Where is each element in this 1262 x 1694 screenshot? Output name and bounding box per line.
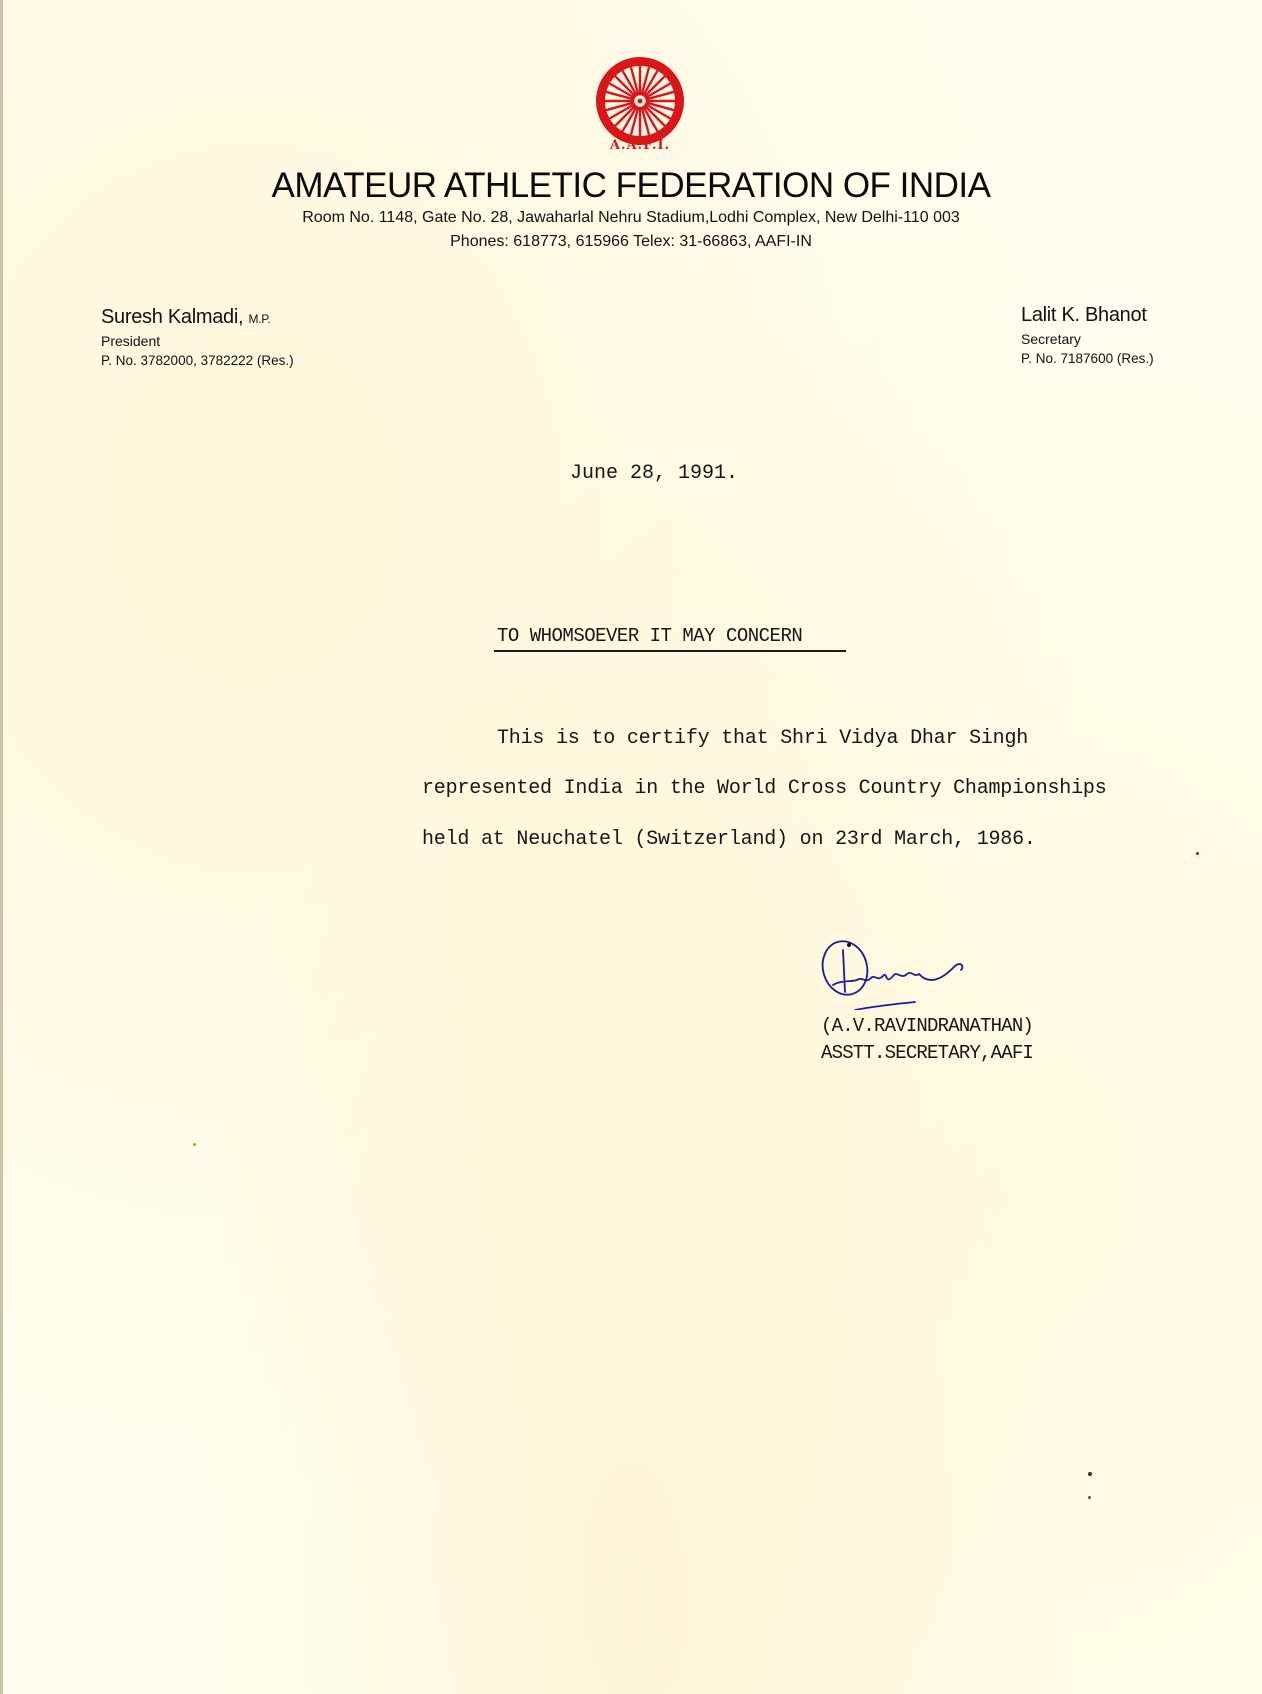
president-role: President <box>101 333 294 349</box>
scan-speck <box>193 1143 196 1146</box>
signatory-name: (A.V.RAVINDRANATHAN) <box>821 1015 1033 1037</box>
scan-speck <box>1088 1496 1091 1499</box>
body-line-2: represented India in the World Cross Cou… <box>422 777 1107 800</box>
logo-caption: A.A.F.I. <box>600 138 680 153</box>
scan-speck <box>1196 852 1199 855</box>
body-line-3: held at Neuchatel (Switzerland) on 23rd … <box>422 828 1036 851</box>
organization-phones: Phones: 618773, 615966 Telex: 31-66863, … <box>0 233 1262 251</box>
president-name-text: Suresh Kalmadi, <box>101 306 243 328</box>
letter-subject: TO WHOMSOEVER IT MAY CONCERN <box>497 625 802 647</box>
letter-date: June 28, 1991. <box>570 462 738 485</box>
president-name: Suresh Kalmadi, M.P. <box>101 306 294 329</box>
president-phone: P. No. 3782000, 3782222 (Res.) <box>101 353 294 368</box>
secretary-role: Secretary <box>1021 331 1154 347</box>
scan-speck <box>1088 1472 1092 1476</box>
body-line-1: This is to certify that Shri Vidya Dhar … <box>497 727 1028 750</box>
organization-address: Room No. 1148, Gate No. 28, Jawaharlal N… <box>0 209 1262 227</box>
president-block: Suresh Kalmadi, M.P. President P. No. 37… <box>101 306 294 368</box>
signatory-title: ASSTT.SECRETARY,AAFI <box>821 1042 1033 1064</box>
paper-edge <box>0 0 3 1694</box>
secretary-block: Lalit K. Bhanot Secretary P. No. 7187600… <box>1021 304 1154 366</box>
ashoka-chakra-wheel-icon <box>594 55 686 147</box>
handwritten-signature-icon <box>815 930 1015 1010</box>
president-suffix: M.P. <box>249 312 271 326</box>
secretary-name: Lalit K. Bhanot <box>1021 304 1154 327</box>
subject-underline <box>494 650 846 652</box>
organization-name: AMATEUR ATHLETIC FEDERATION OF INDIA <box>0 166 1262 206</box>
secretary-phone: P. No. 7187600 (Res.) <box>1021 351 1154 366</box>
